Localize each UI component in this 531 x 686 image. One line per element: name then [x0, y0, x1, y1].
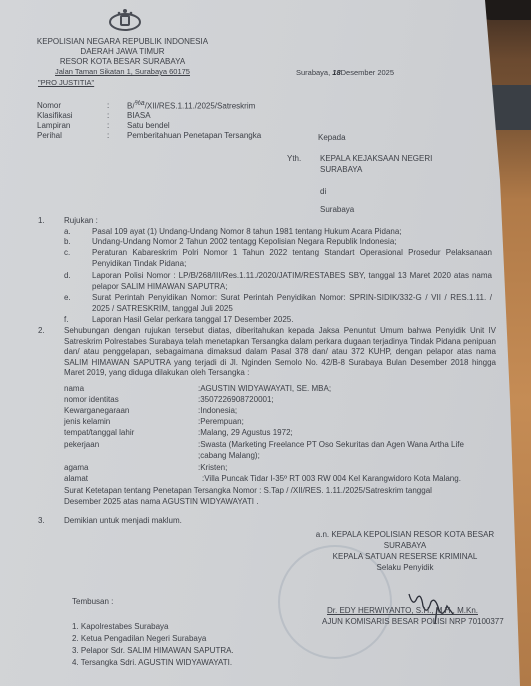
rujukan-letter: c. [64, 248, 70, 259]
rujukan-item: Laporan Hasil Gelar perkara tanggal 17 D… [92, 315, 492, 326]
nomor-handwritten: %a [135, 100, 145, 107]
rujukan-letter: b. [64, 237, 71, 248]
agency-line-2: DAERAH JAWA TIMUR [30, 47, 215, 58]
agency-line-1: KEPOLISIAN NEGARA REPUBLIK INDONESIA [30, 37, 215, 48]
rujukan-letter: f. [64, 315, 68, 326]
section-1-title: Rujukan : [64, 216, 98, 227]
pro-justitia-label: "PRO JUSTITIA" [38, 78, 94, 89]
meta-label-lampiran: Lampiran [37, 121, 70, 132]
identity-label-nik: nomor identitas [64, 395, 119, 406]
rujukan-letter: e. [64, 293, 71, 304]
identity-value-agama: :Kristen; [198, 463, 227, 474]
section-3-number: 3. [38, 516, 45, 527]
identity-label-kewarganegaraan: Kewarganegaraan [64, 406, 129, 417]
rujukan-item: Surat Perintah Penyidikan Nomor: Surat P… [92, 293, 492, 314]
date-day-handwritten: 18 [332, 68, 340, 77]
meta-colon: : [107, 111, 109, 122]
identity-value-nik: :3507226908720001; [198, 395, 274, 406]
section-1-number: 1. [38, 216, 45, 227]
signature-line-4: Selaku Penyidik [290, 563, 520, 574]
signatory-rank: AJUN KOMISARIS BESAR POLISI NRP 70100377 [322, 617, 504, 628]
section-2-number: 2. [38, 326, 45, 337]
meta-value-klasifikasi: BIASA [127, 111, 151, 122]
recipient-di: di [320, 187, 326, 198]
identity-value-pekerjaan-cont: ;cabang Malang); [198, 451, 260, 462]
date-place: Surabaya, [296, 68, 330, 77]
identity-label-pekerjaan: pekerjaan [64, 440, 99, 451]
nomor-suffix: /XII/RES.1.11./2025/Satreskrim [145, 102, 256, 111]
recipient-city: Surabaya [320, 205, 354, 216]
rujukan-item: Laporan Polisi Nomor : LP/B/268/III/Res.… [92, 271, 492, 292]
rujukan-item: Peraturan Kabareskrim Polri Nomor 1 Tahu… [92, 248, 492, 269]
identity-value-nama: :AGUSTIN WIDYAWAYATI, SE. MBA; [198, 384, 331, 395]
identity-label-agama: agama [64, 463, 88, 474]
recipient-kepada: Kepada [318, 133, 346, 144]
tembusan-item: 4. Tersangka Sdri. AGUSTIN WIDYAWAYATI. [72, 658, 232, 669]
date-month-year: Desember 2025 [341, 68, 394, 77]
rujukan-letter: a. [64, 227, 71, 238]
document-page: KEPOLISIAN NEGARA REPUBLIK INDONESIA DAE… [0, 0, 531, 686]
nomor-prefix: B/ [127, 102, 135, 111]
tembusan-item: 3. Pelapor Sdr. SALIM HIMAWAN SAPUTRA. [72, 646, 234, 657]
identity-value-pekerjaan: :Swasta (Marketing Freelance PT Oso Seku… [198, 440, 464, 451]
meta-label-klasifikasi: Klasifikasi [37, 111, 73, 122]
meta-label-perihal: Perihal [37, 131, 62, 142]
rujukan-item: Undang-Undang Nomor 2 Tahun 2002 tentagg… [92, 237, 492, 248]
signature-line-2: SURABAYA [290, 541, 520, 552]
rujukan-letter: d. [64, 271, 71, 282]
tembusan-item: 1. Kapolrestabes Surabaya [72, 622, 169, 633]
police-emblem-icon [107, 7, 143, 31]
agency-line-3: RESOR KOTA BESAR SURABAYA [30, 57, 215, 68]
meta-colon: : [107, 121, 109, 132]
identity-label-ttl: tempat/tanggal lahir [64, 428, 134, 439]
section-2-text: Sehubungan dengan rujukan tersebut diata… [64, 326, 496, 379]
recipient-yth: Yth. [287, 154, 301, 165]
letter-place-date: Surabaya, 18Desember 2025 [296, 68, 394, 79]
recipient-line-1: KEPALA KEJAKSAAN NEGERI [320, 154, 432, 165]
background-desk-object [491, 85, 531, 130]
agency-address: Jalan Taman Sikatan 1, Surabaya 60175 [30, 67, 215, 78]
signatory-name: Dr. EDY HERWIYANTO, S.H., M.H., M.Kn. [290, 606, 515, 617]
tembusan-title: Tembusan : [72, 597, 113, 608]
tembusan-item: 2. Ketua Pengadilan Negeri Surabaya [72, 634, 206, 645]
identity-label-alamat: alamat [64, 474, 88, 485]
signature-line-3: KEPALA SATUAN RESERSE KRIMINAL [290, 552, 520, 563]
identity-value-ttl: :Malang, 29 Agustus 1972; [198, 428, 293, 439]
meta-colon: : [107, 131, 109, 142]
signature-line-1: a.n. KEPALA KEPOLISIAN RESOR KOTA BESAR [290, 530, 520, 541]
section-3-text: Demikian untuk menjadi maklum. [64, 516, 182, 527]
meta-label-nomor: Nomor [37, 101, 61, 112]
identity-label-nama: nama [64, 384, 84, 395]
meta-value-lampiran: Satu bendel [127, 121, 170, 132]
meta-colon: : [107, 101, 109, 112]
decree-line-2: Desember 2025 atas nama AGUSTIN WIDYAWAY… [64, 497, 258, 508]
recipient-line-2: SURABAYA [320, 165, 362, 176]
identity-value-alamat: :Villa Puncak Tidar I-35º RT 003 RW 004 … [202, 474, 461, 485]
identity-value-kewarganegaraan: :Indonesia; [198, 406, 237, 417]
identity-value-jenis-kelamin: :Perempuan; [198, 417, 244, 428]
rujukan-item: Pasal 109 ayat (1) Undang-Undang Nomor 8… [92, 227, 492, 238]
identity-label-jenis-kelamin: jenis kelamin [64, 417, 110, 428]
decree-line-1: Surat Ketetapan tentang Penetapan Tersan… [64, 486, 432, 497]
meta-value-perihal: Pemberitahuan Penetapan Tersangka [127, 131, 261, 142]
